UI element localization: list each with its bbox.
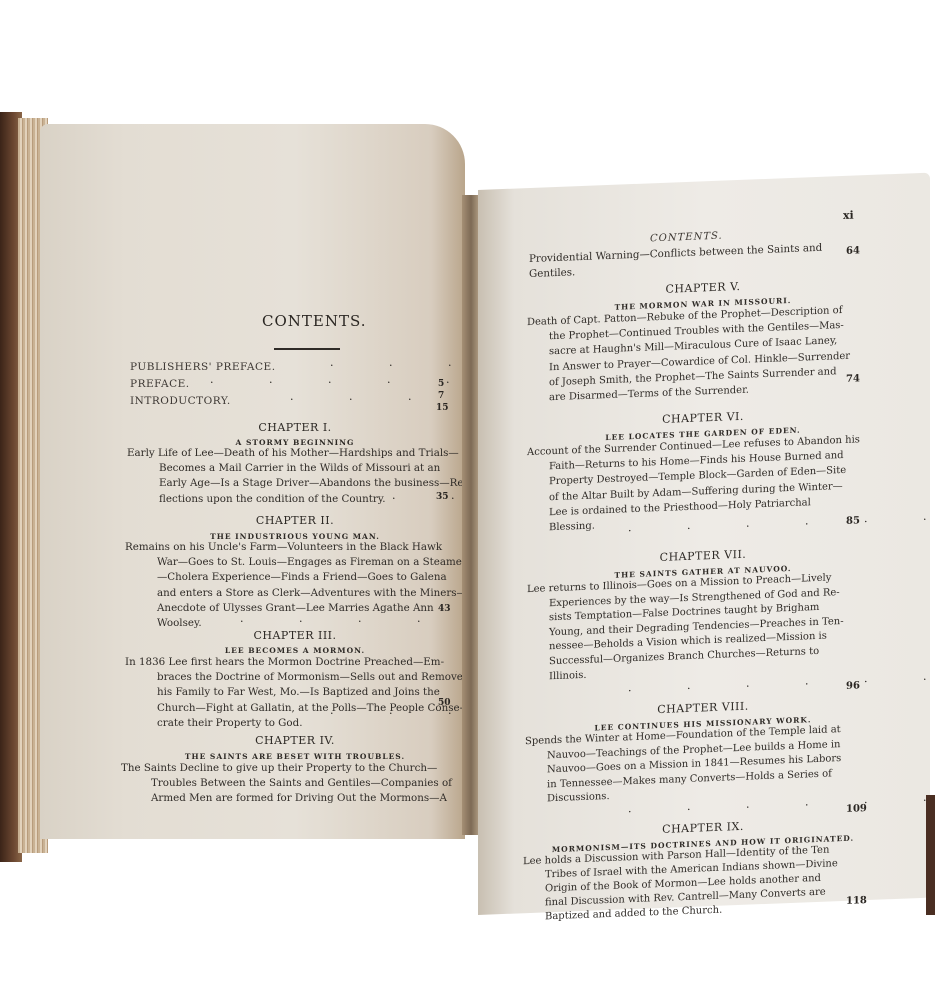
- front-matter-preface: PREFACE.: [130, 378, 190, 390]
- chapter-6-heading: CHAPTER VI.: [628, 408, 778, 427]
- chapter-9-synopsis: Lee holds a Discussion with Parson Hall—…: [522, 843, 838, 925]
- chapter-1-heading: CHAPTER I.: [220, 421, 370, 434]
- book-cover-right: [926, 795, 935, 915]
- chapter-3-heading: CHAPTER III.: [220, 629, 370, 642]
- page-number: 43: [438, 604, 451, 614]
- chapter-8-heading: CHAPTER VIII.: [628, 698, 778, 717]
- page-number: 15: [436, 403, 449, 413]
- chapter-3-synopsis: In 1836 Lee first hears the Mormon Doctr…: [124, 655, 468, 731]
- chapter-7-synopsis: Lee returns to Illinois—Goes on a Missio…: [526, 571, 844, 685]
- page-number: 64: [846, 245, 860, 257]
- page-number: 74: [846, 373, 860, 385]
- chapter-5-heading: CHAPTER V.: [628, 278, 778, 297]
- front-matter-publishers-preface: PUBLISHERS' PREFACE.: [130, 361, 276, 373]
- right-page: xi CONTENTS. Providential Warning—Confli…: [478, 173, 930, 915]
- chapter-4-continuation: Providential Warning—Conflicts between t…: [528, 241, 822, 283]
- page-number: 50: [438, 698, 451, 708]
- chapter-9-heading: CHAPTER IX.: [628, 818, 778, 837]
- dot-leader: . . .: [330, 356, 477, 369]
- title-rule: [274, 348, 340, 350]
- front-matter-introductory: INTRODUCTORY.: [130, 395, 231, 407]
- page-folio: xi: [843, 209, 854, 222]
- chapter-3-subtitle: LEE BECOMES A MORMON.: [180, 646, 410, 655]
- running-head: CONTENTS.: [650, 231, 723, 245]
- chapter-4-subtitle: THE SAINTS ARE BESET WITH TROUBLES.: [160, 752, 430, 761]
- left-page: CONTENTS. PUBLISHERS' PREFACE. PREFACE. …: [40, 124, 465, 839]
- page-number: 85: [846, 515, 860, 527]
- page-number: 35: [436, 492, 449, 502]
- page-number: 7: [438, 391, 444, 401]
- chapter-4-synopsis: The Saints Decline to give up their Prop…: [120, 761, 452, 807]
- chapter-4-heading: CHAPTER IV.: [220, 734, 370, 747]
- contents-title: CONTENTS.: [262, 312, 367, 330]
- page-number: 5: [438, 379, 444, 389]
- page-number: 118: [846, 895, 867, 907]
- page-number: 96: [846, 680, 860, 692]
- chapter-5-synopsis: Death of Capt. Patton—Rebuke of the Prop…: [526, 303, 850, 407]
- chapter-7-heading: CHAPTER VII.: [628, 546, 778, 565]
- page-number: 109: [846, 803, 867, 815]
- chapter-2-heading: CHAPTER II.: [220, 514, 370, 527]
